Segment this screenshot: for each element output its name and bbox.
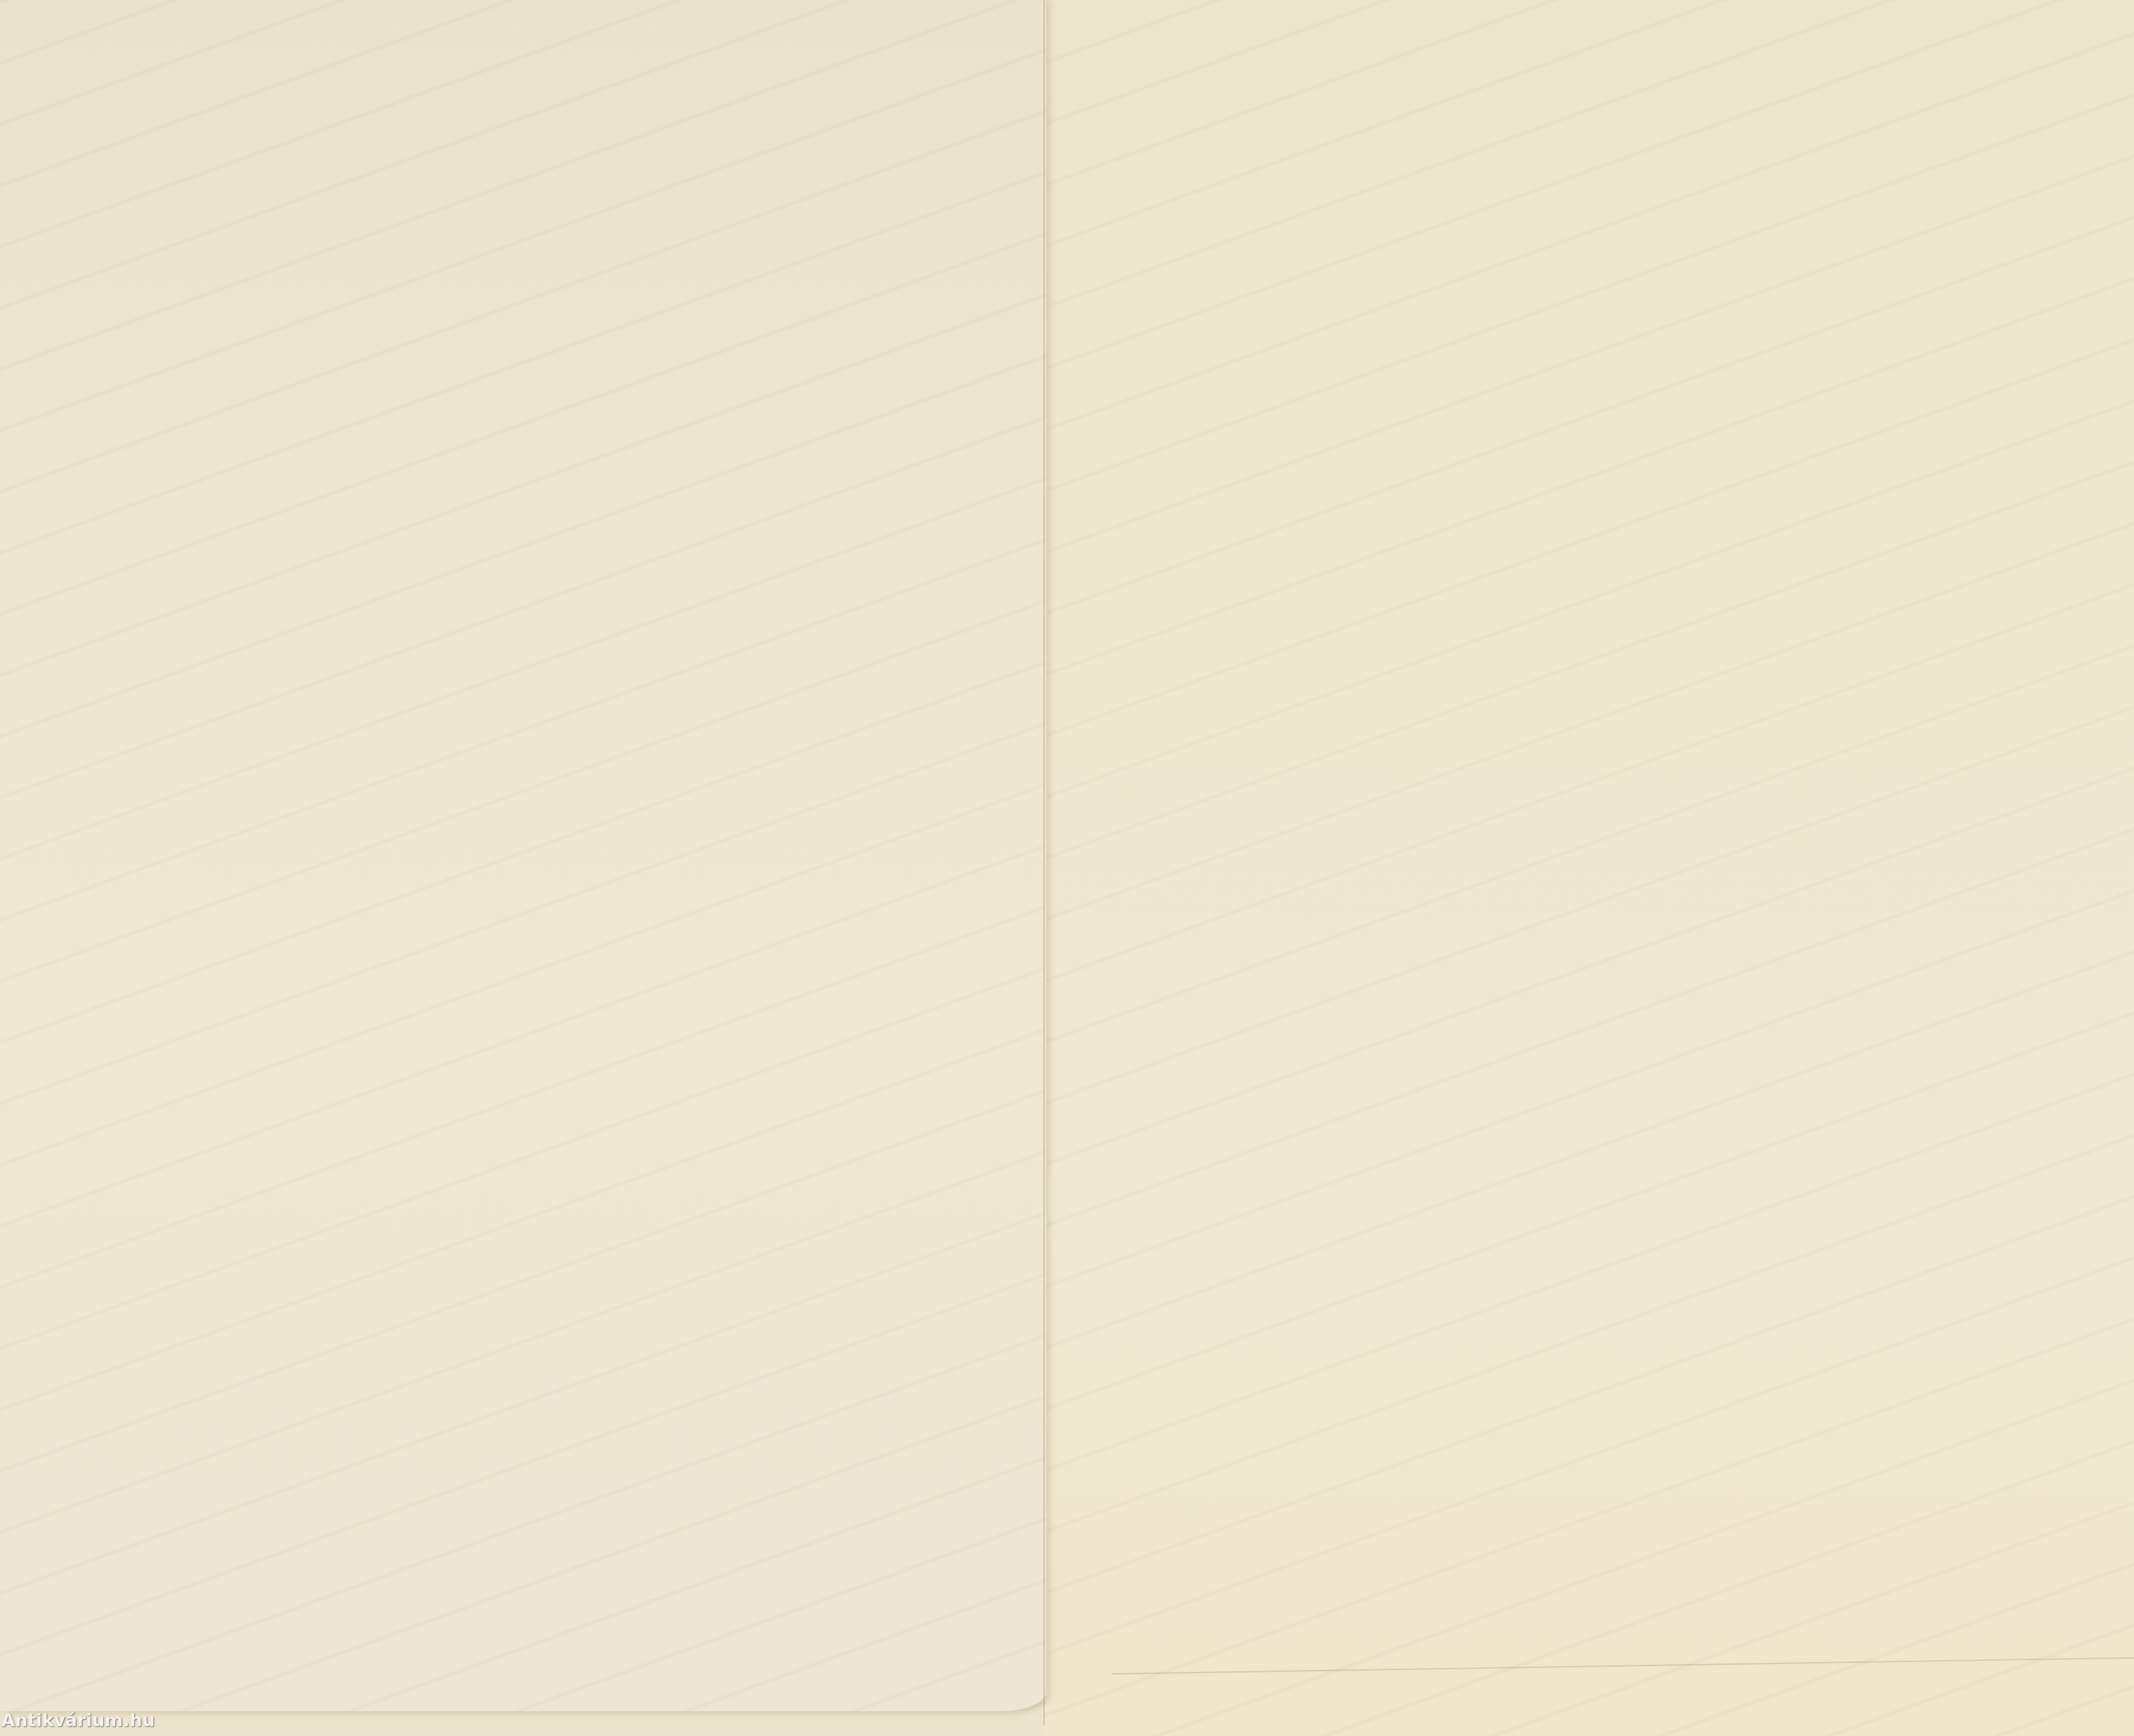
letter-spread: müller und frau stein grüßen ließ, doch … bbox=[0, 0, 2134, 1736]
watermark: Antikvárium.hu bbox=[1, 1711, 155, 1731]
ink-bleed-through bbox=[0, 0, 1046, 1711]
ink-bleed-through bbox=[1043, 0, 2134, 1736]
left-page bbox=[0, 0, 1046, 1711]
right-page bbox=[1043, 0, 2134, 1736]
page-fold bbox=[1043, 0, 1045, 1726]
